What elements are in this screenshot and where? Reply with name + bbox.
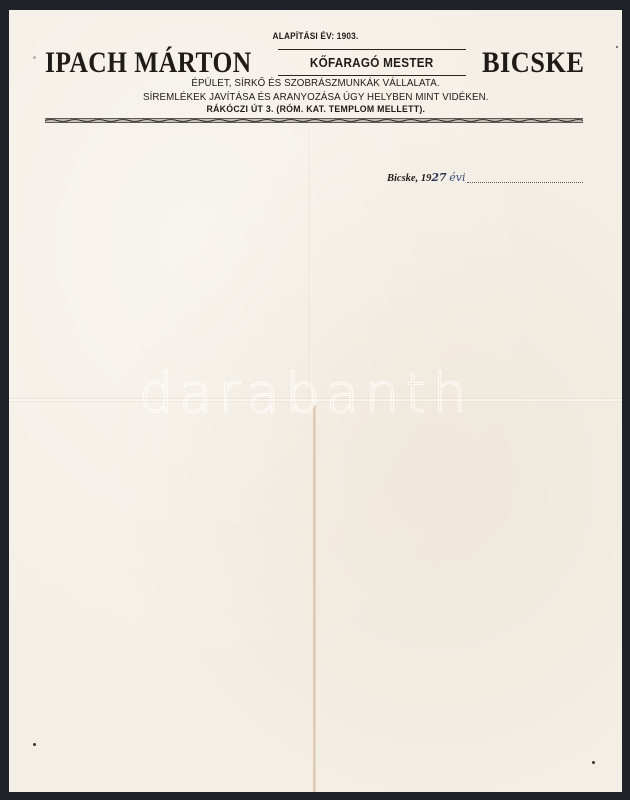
date-handwritten-year: 27 [431, 171, 446, 184]
ink-speck [33, 56, 36, 59]
services-line-2: SÍREMLÉKEK JAVÍTÁSA ÉS ARANYOZÁSA ÚGY HE… [9, 91, 622, 103]
date-field[interactable]: Bicske, 1927 évi [387, 171, 583, 187]
ink-speck [592, 761, 595, 764]
date-dotted-line [467, 182, 583, 183]
date-printed-prefix: Bicske, 19 [387, 173, 431, 184]
services-line-1: ÉPÜLET, SÍRKŐ ÉS SZOBRÁSZMUNKÁK VÁLLALAT… [9, 77, 622, 89]
watermark-text: darabanth [139, 362, 473, 425]
founded-year: ALAPÍTÁSI ÉV: 1903. [34, 31, 598, 41]
company-address: RÁKÓCZI ÚT 3. (RÓM. KAT. TEMPLOM MELLETT… [9, 104, 622, 115]
ornamental-rule [45, 118, 583, 123]
date-handwritten-suffix: évi [449, 171, 465, 184]
company-city: BICSKE [482, 46, 584, 80]
trade-title: KŐFARAGÓ MESTER [310, 50, 434, 75]
vertical-fold-lower [313, 405, 316, 792]
ink-speck [33, 743, 36, 746]
ink-speck [616, 46, 618, 48]
letterhead-paper: ALAPÍTÁSI ÉV: 1903. IPACH MÁRTON KŐFARAG… [9, 10, 622, 792]
company-name: IPACH MÁRTON [45, 46, 252, 80]
trade-title-box: KŐFARAGÓ MESTER [278, 49, 466, 76]
